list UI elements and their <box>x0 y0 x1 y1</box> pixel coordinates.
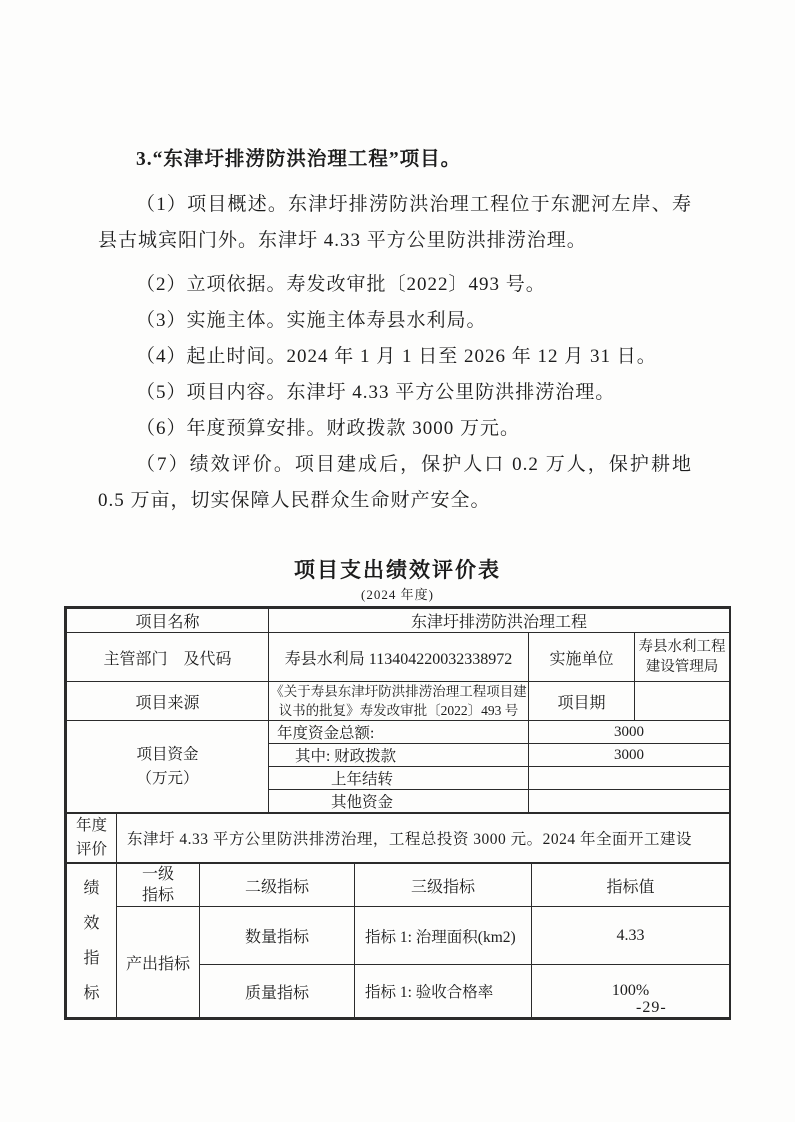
perf-row-quality-level2: 质量指标 <box>200 965 355 1018</box>
period-label: 项目期 <box>529 682 635 721</box>
perf-row-quantity-value: 4.33 <box>532 907 730 965</box>
perf-level1-output: 产出指标 <box>117 907 200 1018</box>
perf-header-level1: 一级 指标 <box>117 864 200 907</box>
annual-eval-label: 年度 评价 <box>67 814 117 863</box>
funds-fiscal-label: 其中: 财政拨款 <box>269 744 529 767</box>
perf-header-level3: 三级指标 <box>355 864 532 907</box>
impl-unit-value: 寿县水利工程建设管理局 <box>635 633 730 682</box>
table-title: 项目支出绩效评价表 <box>0 554 795 584</box>
document-body: 3.“东津圩排涝防洪治理工程”项目。 （1）项目概述。东津圩排涝防洪治理工程位于… <box>98 142 692 519</box>
source-label: 项目来源 <box>67 682 269 721</box>
paragraph-duration: （4）起止时间。2024 年 1 月 1 日至 2026 年 12 月 31 日… <box>98 339 692 375</box>
paragraph-content: （5）项目内容。东津圩 4.33 平方公里防洪排涝治理。 <box>98 375 692 411</box>
perf-header-value: 指标值 <box>532 864 730 907</box>
perf-row-quantity-level3: 指标 1: 治理面积(km2) <box>355 907 532 965</box>
funds-label: 项目资金 （万元） <box>67 721 269 813</box>
period-value <box>635 682 730 721</box>
table-subtitle: (2024 年度) <box>0 584 795 603</box>
page-number: -29- <box>636 999 667 1017</box>
performance-evaluation-table: 项目名称 东津圩排涝防洪治理工程 主管部门 及代码 寿县水利局 11340422… <box>64 606 731 1020</box>
funds-carryover-label: 上年结转 <box>269 767 529 790</box>
document-page: 3.“东津圩排涝防洪治理工程”项目。 （1）项目概述。东津圩排涝防洪治理工程位于… <box>0 0 795 1122</box>
paragraph-evaluation: （7）绩效评价。项目建成后，保护人口 0.2 万人，保护耕地 0.5 万亩，切实… <box>98 447 692 519</box>
table-section-annual-eval: 年度 评价 东津圩 4.33 平方公里防洪排涝治理，工程总投资 3000 元。2… <box>66 813 730 863</box>
funds-other-label: 其他资金 <box>269 790 529 813</box>
source-value: 《关于寿县东津圩防洪排涝治理工程项目建议书的批复》寿发改审批〔2022〕493 … <box>269 682 529 721</box>
impl-unit-label: 实施单位 <box>529 633 635 682</box>
funds-total-label: 年度资金总额: <box>269 721 529 744</box>
funds-carryover-value <box>529 767 730 790</box>
paragraph-basis: （2）立项依据。寿发改审批〔2022〕493 号。 <box>98 267 692 303</box>
paragraph-entity: （3）实施主体。实施主体寿县水利局。 <box>98 303 692 339</box>
perf-row-quality-value: 100% <box>532 965 730 1018</box>
department-value: 寿县水利局 113404220032338972 <box>269 633 529 682</box>
perf-row-quantity-level2: 数量指标 <box>200 907 355 965</box>
perf-label: 绩 效 指 标 <box>67 864 117 1018</box>
table-section-indicators: 绩 效 指 标 一级 指标 二级指标 三级指标 指标值 产出指标 数量指标 指标… <box>66 863 730 1018</box>
section-heading: 3.“东津圩排涝防洪治理工程”项目。 <box>98 142 692 178</box>
table-section-info: 项目名称 东津圩排涝防洪治理工程 主管部门 及代码 寿县水利局 11340422… <box>66 608 730 813</box>
paragraph-budget: （6）年度预算安排。财政拨款 3000 万元。 <box>98 411 692 447</box>
funds-total-value: 3000 <box>529 721 730 744</box>
project-name-value: 东津圩排涝防洪治理工程 <box>269 609 730 633</box>
paragraph-overview: （1）项目概述。东津圩排涝防洪治理工程位于东淝河左岸、寿县古城宾阳门外。东津圩 … <box>98 187 692 259</box>
annual-eval-value: 东津圩 4.33 平方公里防洪排涝治理，工程总投资 3000 元。2024 年全… <box>117 814 730 863</box>
perf-row-quality-level3: 指标 1: 验收合格率 <box>355 965 532 1018</box>
department-label: 主管部门 及代码 <box>67 633 269 682</box>
funds-fiscal-value: 3000 <box>529 744 730 767</box>
funds-other-value <box>529 790 730 813</box>
project-name-label: 项目名称 <box>67 609 269 633</box>
perf-header-level2: 二级指标 <box>200 864 355 907</box>
